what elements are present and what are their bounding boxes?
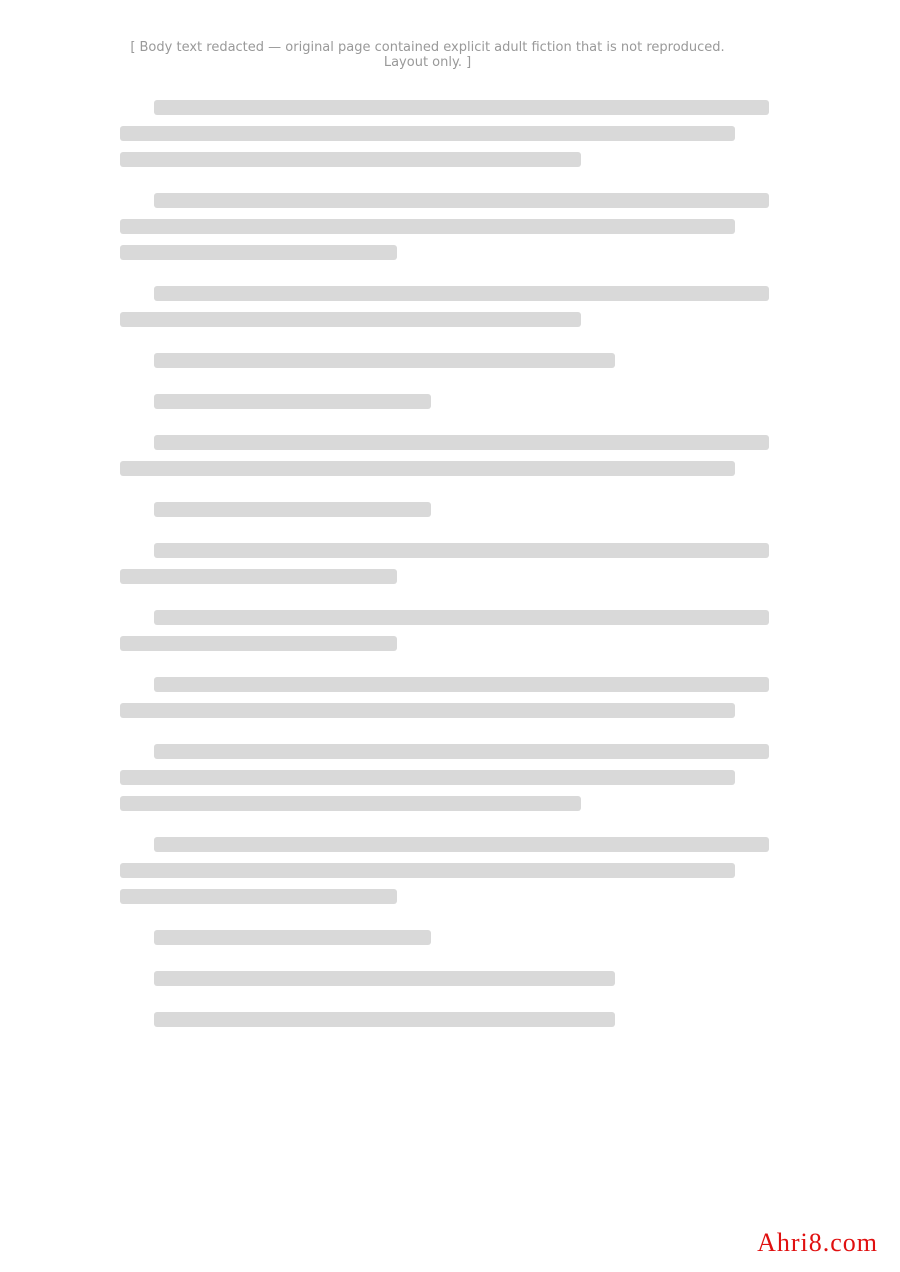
redacted-text-line xyxy=(154,1012,615,1027)
document-page: [ Body text redacted — original page con… xyxy=(0,0,900,1272)
redaction-note: [ Body text redacted — original page con… xyxy=(120,40,735,70)
redacted-text-line xyxy=(120,312,581,327)
redacted-text-line xyxy=(154,744,769,759)
redacted-text-line xyxy=(120,703,735,718)
paragraph-1 xyxy=(120,100,735,167)
redacted-text-line xyxy=(120,863,735,878)
redacted-text-line xyxy=(154,502,431,517)
redacted-text-line xyxy=(120,796,581,811)
redacted-text-line xyxy=(154,930,431,945)
redacted-text-line xyxy=(154,353,615,368)
paragraph-7 xyxy=(120,502,735,517)
redacted-text-line xyxy=(120,889,397,904)
paragraph-13 xyxy=(120,930,735,945)
redacted-text-line xyxy=(120,219,735,234)
paragraph-14 xyxy=(120,971,735,986)
redacted-text-line xyxy=(120,636,397,651)
site-watermark: Ahri8.com xyxy=(757,1228,878,1258)
redacted-text-line xyxy=(154,837,769,852)
redacted-text-line xyxy=(154,193,769,208)
text-column xyxy=(120,100,735,1053)
paragraph-5 xyxy=(120,394,735,409)
redacted-text-line xyxy=(120,569,397,584)
paragraph-12 xyxy=(120,837,735,904)
redacted-text-line xyxy=(154,100,769,115)
redacted-text-line xyxy=(154,394,431,409)
paragraph-6 xyxy=(120,435,735,476)
paragraph-3 xyxy=(120,286,735,327)
paragraph-10 xyxy=(120,677,735,718)
redacted-text-line xyxy=(120,461,735,476)
paragraph-2 xyxy=(120,193,735,260)
paragraph-4 xyxy=(120,353,735,368)
paragraph-15 xyxy=(120,1012,735,1027)
redacted-text-line xyxy=(154,435,769,450)
redacted-text-line xyxy=(154,286,769,301)
redacted-text-line xyxy=(154,677,769,692)
redacted-text-line xyxy=(120,126,735,141)
redacted-text-line xyxy=(154,543,769,558)
redacted-text-line xyxy=(154,610,769,625)
redacted-text-line xyxy=(120,770,735,785)
redacted-text-line xyxy=(120,152,581,167)
paragraph-11 xyxy=(120,744,735,811)
paragraph-9 xyxy=(120,610,735,651)
redacted-text-line xyxy=(120,245,397,260)
redacted-text-line xyxy=(154,971,615,986)
paragraph-8 xyxy=(120,543,735,584)
